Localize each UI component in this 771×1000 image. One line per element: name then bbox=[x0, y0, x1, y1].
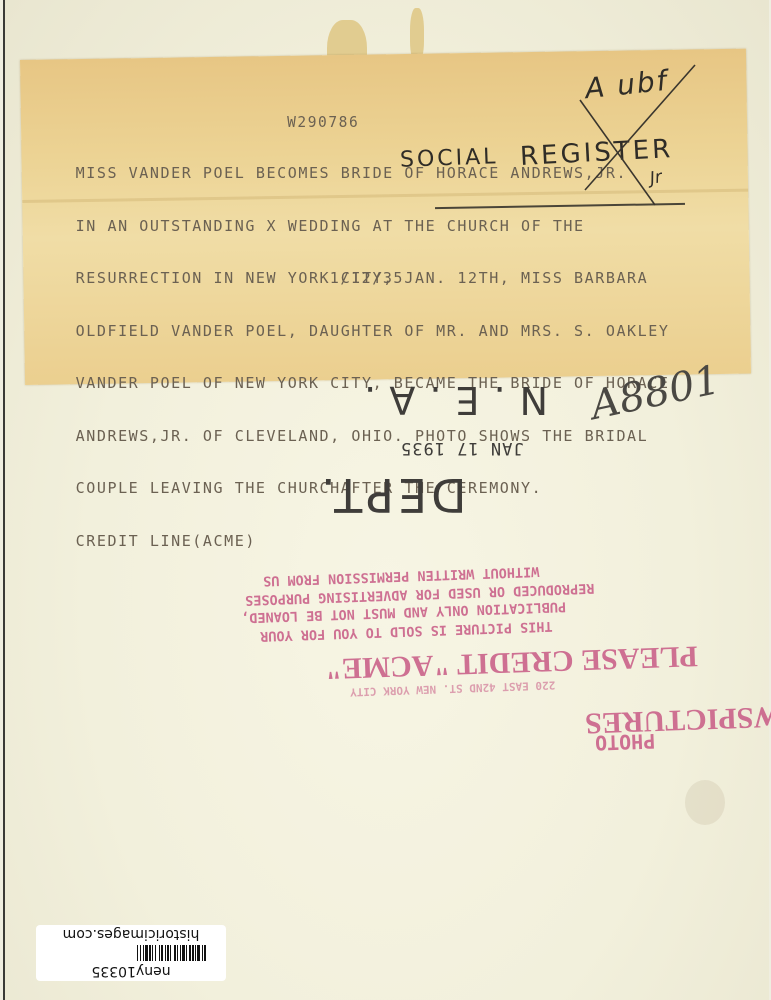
caption-date: 1/12/35 bbox=[330, 270, 404, 288]
barcode-label: neny10335 historicimages.com bbox=[36, 925, 226, 981]
barcode-icon bbox=[56, 945, 206, 961]
photo-back-paper: W290786 MISS VANDER POEL BECOMES BRIDE O… bbox=[3, 0, 769, 1000]
caption-line: ANDREWS,JR. OF CLEVELAND, OHIO. PHOTO SH… bbox=[76, 428, 670, 446]
receiving-stamp-date: JAN 17 1935 bbox=[400, 438, 524, 458]
receiving-stamp-dept: DEPT. bbox=[317, 468, 467, 522]
credit-stamp-photo: PHOTO bbox=[595, 729, 656, 755]
caption-line: IN AN OUTSTANDING X WEDDING AT THE CHURC… bbox=[76, 218, 670, 236]
credit-stamp-headline: PLEASE CREDIT "ACME" bbox=[325, 639, 699, 686]
caption-line: OLDFIELD VANDER POEL, DAUGHTER OF MR. AN… bbox=[76, 323, 670, 341]
pencil-cross-mark-icon bbox=[565, 60, 705, 210]
barcode-site: historicimages.com bbox=[36, 926, 226, 942]
barcode-code: neny10335 bbox=[36, 963, 226, 979]
caption-line: CREDIT LINE(ACME) bbox=[76, 533, 670, 551]
smudge-mark bbox=[685, 780, 725, 825]
caption-serial: W290786 bbox=[287, 114, 359, 132]
caption-typed-text: W290786 MISS VANDER POEL BECOMES BRIDE O… bbox=[76, 118, 118, 206]
receiving-stamp-agency: N.E.A. bbox=[350, 378, 548, 422]
handwritten-social: SOCIAL bbox=[400, 144, 499, 172]
